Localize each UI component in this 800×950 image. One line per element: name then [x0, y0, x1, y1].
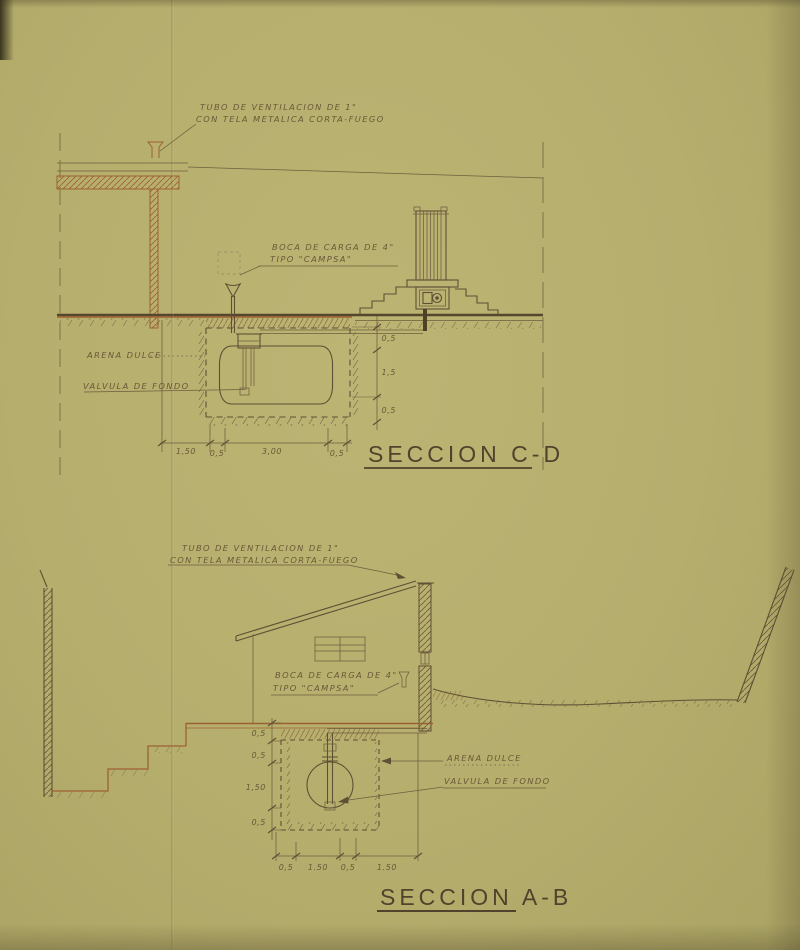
- ab-dim-l150: 1,50: [246, 783, 266, 792]
- ab-dim-b150a: 1.50: [308, 863, 328, 872]
- ab-boca-label-line1: BOCA DE CARGA DE 4": [275, 670, 398, 680]
- cd-roof-structure: [57, 142, 543, 328]
- ab-table: [315, 637, 365, 661]
- ab-dim-l05a: 0,5: [251, 729, 266, 738]
- cd-tank-pipes: [243, 348, 254, 390]
- cd-title-block: SECCION C-D: [364, 441, 564, 468]
- cd-arena-label: ARENA DULCE: [86, 350, 162, 360]
- cd-section-title: SECCION C-D: [368, 441, 564, 467]
- cd-dim-150: 1,50: [176, 447, 196, 456]
- ab-dimension-left: 0,5 0,5 1,50 0,5: [246, 718, 281, 840]
- cd-dim-r05a: 0,5: [382, 334, 397, 343]
- ab-boca-leader: [378, 683, 399, 693]
- ab-vent-label-line2: CON TELA METALICA CORTA-FUEGO: [170, 555, 359, 565]
- cd-dim-r05b: 0,5: [382, 406, 397, 415]
- cd-dim-300: 3,00: [262, 447, 282, 456]
- ab-filler-device: [399, 672, 409, 687]
- cd-dim-r15: 1,5: [382, 368, 397, 377]
- ab-boca-label-line2: TIPO "CAMPSA": [273, 683, 355, 693]
- cd-suction-pipe: [260, 330, 423, 334]
- ab-vent-leader-arrow: [395, 572, 406, 579]
- ab-arena-leader-arrow: [381, 758, 391, 765]
- ab-vent-leader: [348, 565, 402, 576]
- cd-ground-line: [57, 315, 543, 329]
- ab-right-wall: [417, 583, 434, 731]
- cd-foot-valve: [240, 388, 249, 395]
- cd-boca-leader: [240, 266, 260, 275]
- ab-dim-l05c: 0,5: [251, 818, 266, 827]
- cd-vent-label-line1: TUBO DE VENTILACION DE 1": [200, 102, 357, 112]
- ab-dim-b150b: 1.50: [377, 863, 397, 872]
- cd-stairs-and-pump: [360, 207, 498, 331]
- ab-right-terrain: [433, 567, 794, 707]
- cd-vent-grille: [416, 211, 446, 280]
- cd-dim-05b: 0,5: [330, 449, 345, 458]
- ab-annotations: TUBO DE VENTILACION DE 1" CON TELA METAL…: [168, 543, 551, 804]
- ab-terrain-steps: [52, 746, 186, 798]
- ab-building: [186, 581, 434, 746]
- section-cd-drawing: 1,50 0,5 3,00 0,5 0,5 1,5 0,5 TUBO DE VE…: [57, 102, 564, 478]
- ab-arena-label: ARENA DULCE: [446, 753, 522, 763]
- cd-column: [150, 189, 158, 328]
- ab-dim-l05b: 0,5: [251, 751, 266, 760]
- ab-flange: [322, 757, 338, 761]
- ab-foot-valve: [325, 802, 335, 810]
- cd-dim-05a: 0,5: [210, 449, 225, 458]
- cd-vent-label-line2: CON TELA METALICA CORTA-FUEGO: [196, 114, 385, 124]
- cd-roof-slab: [57, 176, 179, 189]
- blueprint-drawing: 1,50 0,5 3,00 0,5 0,5 1,5 0,5 TUBO DE VE…: [0, 0, 800, 950]
- ab-left-retaining-wall: [40, 570, 52, 797]
- cd-boca-label-line1: BOCA DE CARGA DE 4": [272, 242, 395, 252]
- cd-pencil-box: [218, 252, 240, 274]
- cd-slab: [407, 280, 458, 287]
- ab-valvula-leader: [341, 787, 443, 801]
- section-ab-drawing: 0,5 0,5 1,50 0,5 0,5 1.50 0,5 1.50 TUBO …: [40, 543, 794, 911]
- cd-fuel-tank: [220, 334, 333, 404]
- ab-title-block: SECCION A-B: [377, 884, 572, 911]
- cd-valvula-label: VALVULA DE FONDO: [83, 381, 190, 391]
- cd-vent-leader: [160, 124, 196, 151]
- ab-roof: [236, 581, 416, 641]
- ab-valvula-label: VALVULA DE FONDO: [444, 776, 551, 786]
- blueprint-paper: 1,50 0,5 3,00 0,5 0,5 1,5 0,5 TUBO DE VE…: [0, 0, 800, 950]
- ab-section-title: SECCION A-B: [380, 884, 572, 910]
- cd-tank-pit: [197, 328, 359, 426]
- cd-boca-label-line2: TIPO "CAMPSA": [270, 254, 352, 264]
- ab-right-slope: [737, 567, 794, 703]
- ab-vent-label-line1: TUBO DE VENTILACION DE 1": [182, 543, 339, 553]
- ab-dim-b05b: 0,5: [341, 863, 356, 872]
- ab-valvula-leader-arrow: [338, 797, 349, 804]
- ab-dim-b05a: 0,5: [279, 863, 294, 872]
